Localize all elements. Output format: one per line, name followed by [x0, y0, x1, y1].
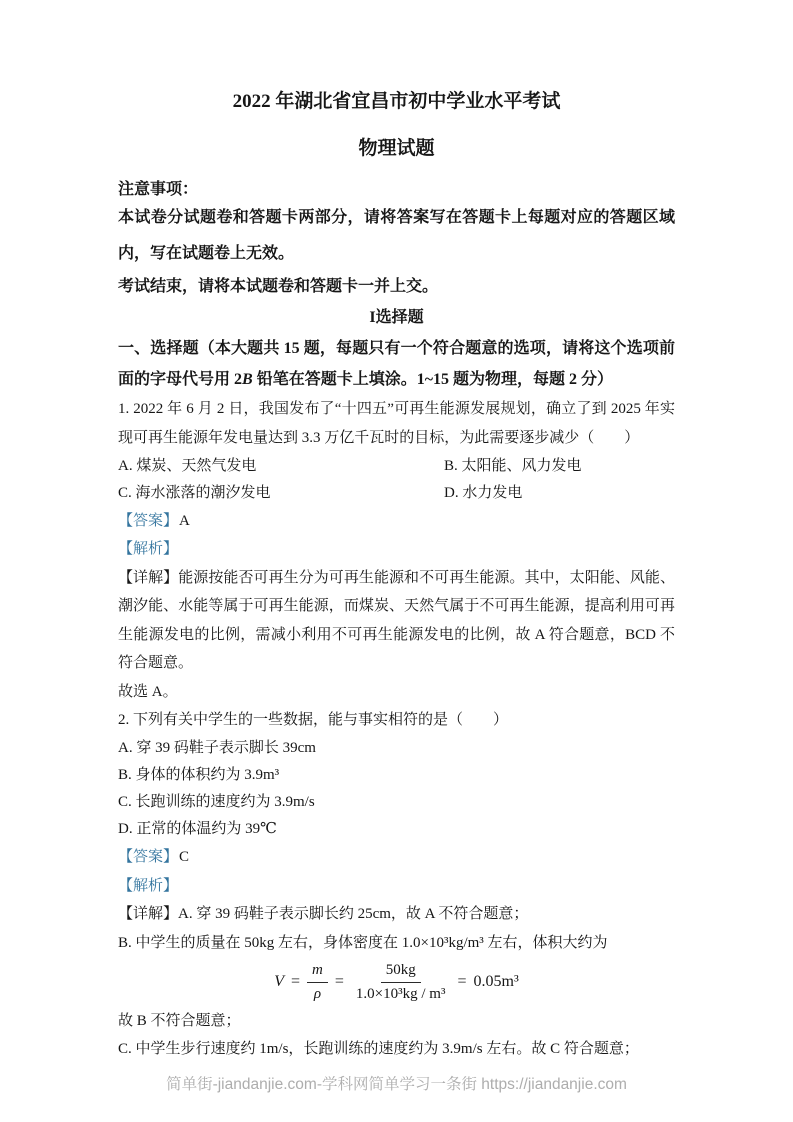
fraction-denominator: 1.0×10³kg / m³: [351, 983, 451, 1004]
equals-sign: =: [291, 973, 300, 991]
question-1-stem: 1. 2022 年 6 月 2 日，我国发布了“十四五”可再生能源发展规划，确立…: [118, 395, 675, 453]
question-2: 2. 下列有关中学生的一些数据，能与事实相符的是（ ） A. 穿 39 码鞋子表…: [118, 706, 675, 1063]
section-intro: 一、选择题（本大题共 15 题，每题只有一个符合题意的选项，请将这个选项前面的字…: [118, 334, 675, 395]
question-1-answer-line: 【答案】A: [118, 507, 675, 536]
section-intro-italic-b: B: [242, 371, 253, 388]
question-2-options: A. 穿 39 码鞋子表示脚长 39cm B. 身体的体积约为 3.9m³ C.…: [118, 735, 675, 843]
question-2-option-d: D. 正常的体温约为 39℃: [118, 816, 675, 843]
formula-fraction-symbolic: m ρ: [307, 960, 328, 1004]
answer-label: 【答案】: [118, 849, 178, 865]
equals-sign: =: [335, 973, 344, 991]
question-2-option-a: A. 穿 39 码鞋子表示脚长 39cm: [118, 735, 675, 762]
answer-value: A: [179, 513, 190, 529]
equals-sign: =: [457, 973, 466, 991]
notice-paragraph: 本试卷分试题卷和答题卡两部分，请将答案写在答题卡上每题对应的答题区域内，写在试题…: [118, 200, 675, 272]
doc-title: 2022 年湖北省宜昌市初中学业水平考试: [118, 92, 675, 113]
question-2-option-c: C. 长跑训练的速度约为 3.9m/s: [118, 789, 675, 816]
fraction-numerator: 50kg: [381, 960, 421, 982]
answer-value: C: [179, 849, 189, 865]
formula-fraction-numeric: 50kg 1.0×10³kg / m³: [351, 960, 451, 1004]
question-1-option-a: A. 煤炭、天然气发电: [118, 453, 444, 480]
question-2-stem: 2. 下列有关中学生的一些数据，能与事实相符的是（ ）: [118, 706, 675, 735]
question-1-option-c: C. 海水涨落的潮汐发电: [118, 480, 444, 507]
question-1-analysis-line: 【解析】: [118, 535, 675, 564]
notice-heading: 注意事项：: [118, 180, 675, 200]
analysis-label: 【解析】: [118, 541, 178, 557]
exam-document-page: 2022 年湖北省宜昌市初中学业水平考试 物理试题 注意事项： 本试卷分试题卷和…: [0, 0, 793, 1122]
document-content: 2022 年湖北省宜昌市初中学业水平考试 物理试题 注意事项： 本试卷分试题卷和…: [0, 0, 793, 1064]
formula-lhs: V: [274, 973, 284, 991]
question-1-conclusion: 故选 A。: [118, 678, 675, 707]
question-2-detail-b: B. 中学生的质量在 50kg 左右，身体密度在 1.0×10³kg/m³ 左右…: [118, 929, 675, 958]
question-2-detail-a: 【详解】A. 穿 39 码鞋子表示脚长约 25cm，故 A 不符合题意；: [118, 900, 675, 929]
analysis-label: 【解析】: [118, 878, 178, 894]
question-1-option-b: B. 太阳能、风力发电: [444, 453, 675, 480]
section-heading: I选择题: [118, 302, 675, 334]
fraction-denominator: ρ: [309, 983, 326, 1004]
exam-end-note: 考试结束，请将本试题卷和答题卡一并上交。: [118, 272, 675, 302]
question-2-analysis-line: 【解析】: [118, 872, 675, 901]
question-2-detail-c: C. 中学生步行速度约 1m/s，长跑训练的速度约为 3.9m/s 左右。故 C…: [118, 1035, 675, 1064]
footer-watermark: 简单街-jiandanjie.com-学科网简单学习一条街 https://ji…: [0, 1072, 793, 1094]
question-1: 1. 2022 年 6 月 2 日，我国发布了“十四五”可再生能源发展规划，确立…: [118, 395, 675, 706]
doc-subtitle: 物理试题: [118, 139, 675, 160]
answer-label: 【答案】: [118, 513, 178, 529]
question-1-detail: 【详解】能源按能否可再生分为可再生能源和不可再生能源。其中，太阳能、风能、潮汐能…: [118, 564, 675, 678]
question-1-option-d: D. 水力发电: [444, 480, 675, 507]
question-1-options: A. 煤炭、天然气发电 B. 太阳能、风力发电 C. 海水涨落的潮汐发电 D. …: [118, 453, 675, 507]
formula-result: 0.05m³: [474, 973, 519, 991]
question-2-detail-b2: 故 B 不符合题意；: [118, 1007, 675, 1036]
section-intro-post: 铅笔在答题卡上填涂。1~15 题为物理，每题 2 分）: [253, 371, 613, 388]
fraction-numerator: m: [307, 960, 328, 982]
question-2-answer-line: 【答案】C: [118, 843, 675, 872]
question-2-option-b: B. 身体的体积约为 3.9m³: [118, 762, 675, 789]
density-volume-formula: V = m ρ = 50kg 1.0×10³kg / m³ = 0.05m³: [118, 960, 675, 1004]
